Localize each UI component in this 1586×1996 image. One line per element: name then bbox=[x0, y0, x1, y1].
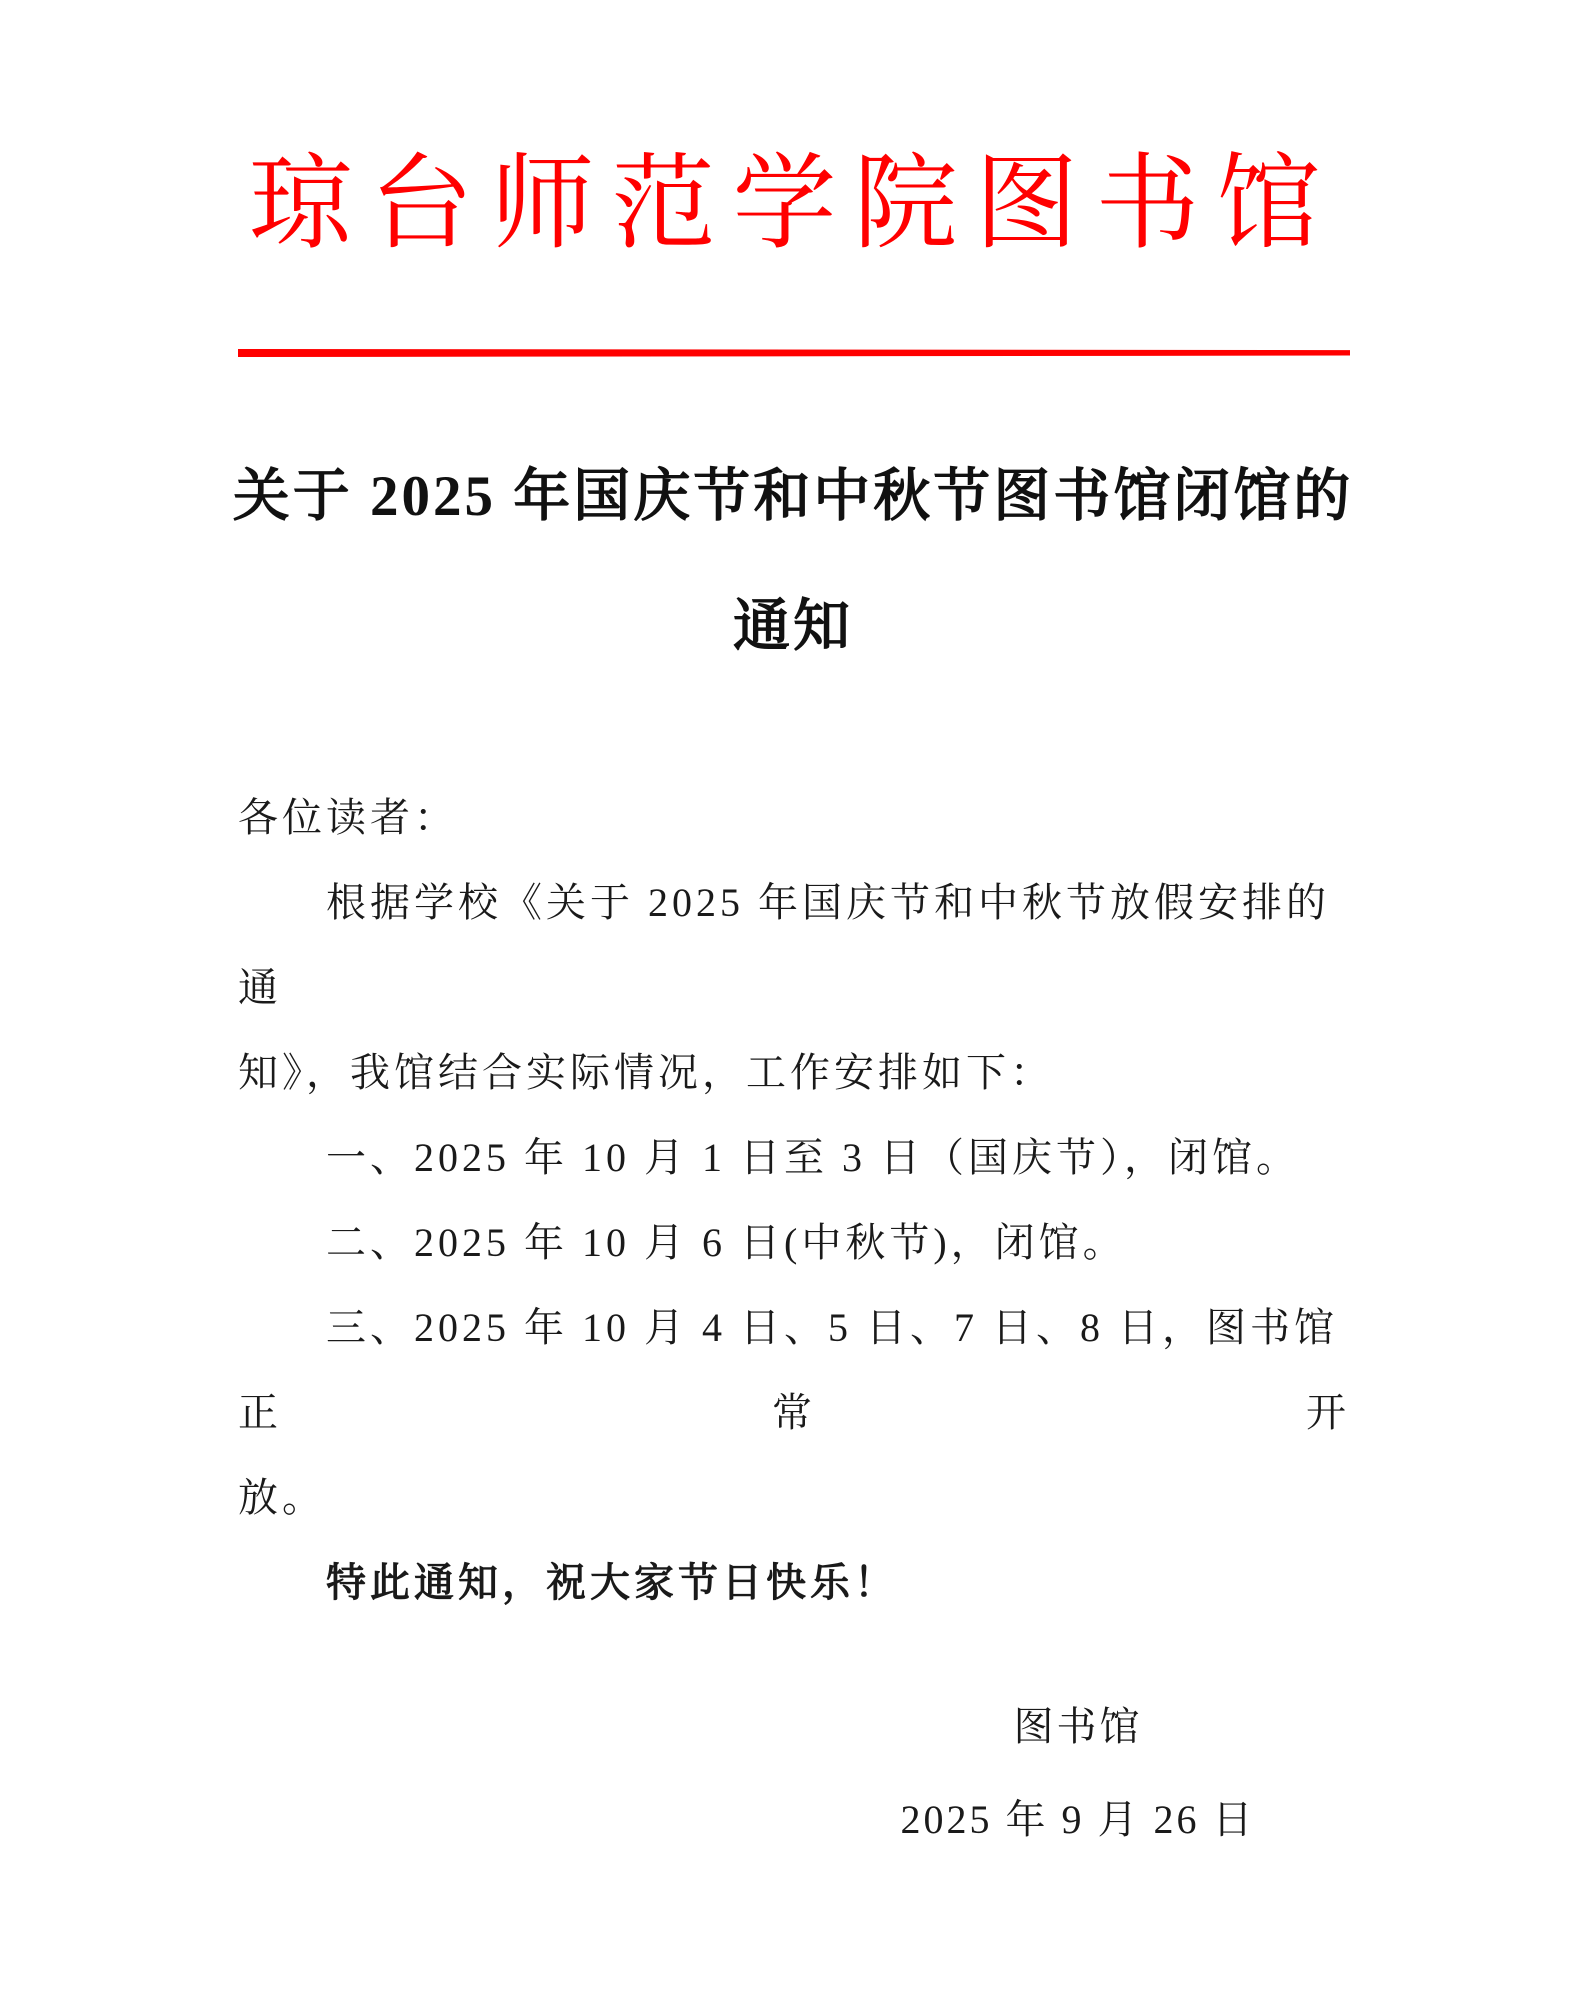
signature-name: 图书馆 bbox=[878, 1680, 1278, 1773]
body-line-item-2: 二、2025 年 10 月 6 日(中秋节)，闭馆。 bbox=[238, 1200, 1350, 1285]
salutation-line: 各位读者： bbox=[238, 775, 1350, 860]
signature-date: 2025 年 9 月 26 日 bbox=[878, 1773, 1278, 1866]
notice-body: 各位读者： 根据学校《关于 2025 年国庆节和中秋节放假安排的通 知》，我馆结… bbox=[238, 775, 1350, 1625]
notice-title-line1: 关于 2025 年国庆节和中秋节图书馆闭馆的 bbox=[0, 462, 1586, 532]
body-line-basis-part2: 知》，我馆结合实际情况，工作安排如下： bbox=[238, 1030, 1350, 1115]
organization-masthead: 琼台师范学院图书馆 bbox=[0, 146, 1586, 264]
body-line-item-3-part2: 放。 bbox=[238, 1455, 1350, 1540]
notice-title-line2: 通知 bbox=[0, 592, 1586, 662]
body-line-item-3-part1: 三、2025 年 10 月 4 日、5 日、7 日、8 日，图书馆正常开 bbox=[238, 1285, 1350, 1455]
body-line-item-1: 一、2025 年 10 月 1 日至 3 日（国庆节），闭馆。 bbox=[238, 1115, 1350, 1200]
masthead-divider-line bbox=[238, 349, 1350, 357]
body-line-basis-part1: 根据学校《关于 2025 年国庆节和中秋节放假安排的通 bbox=[238, 860, 1350, 1030]
notice-document: 琼台师范学院图书馆 关于 2025 年国庆节和中秋节图书馆闭馆的 通知 各位读者… bbox=[0, 0, 1586, 1996]
closing-wishes-line: 特此通知，祝大家节日快乐！ bbox=[238, 1540, 1350, 1625]
signature-block: 图书馆 2025 年 9 月 26 日 bbox=[878, 1680, 1278, 1866]
